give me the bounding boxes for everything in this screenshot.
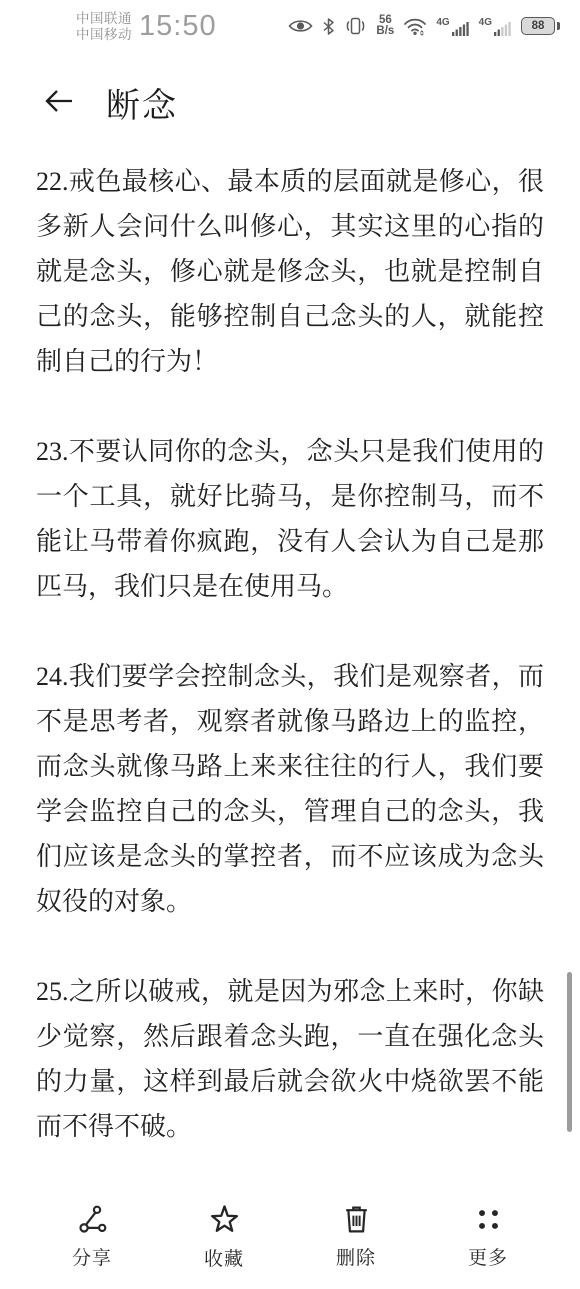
share-button[interactable]: 分享	[26, 1191, 158, 1283]
network-speed-unit: B/s	[376, 26, 394, 37]
bottom-toolbar: 分享 收藏 删除	[0, 1191, 580, 1289]
note-paragraph: 23.不要认同你的念头，念头只是我们使用的一个工具，就好比骑马，是你控制马，而不…	[36, 429, 544, 609]
sim2-signal: 4G	[479, 17, 512, 36]
favorite-button[interactable]: 收藏	[158, 1191, 290, 1283]
toolbar-label-favorite: 收藏	[204, 1244, 244, 1271]
vibrate-icon	[344, 17, 367, 35]
trash-icon	[341, 1204, 372, 1235]
toolbar-label-share: 分享	[72, 1243, 112, 1270]
back-button[interactable]	[42, 87, 76, 118]
bluetooth-icon	[322, 18, 335, 35]
sim1-network-label: 4G	[436, 17, 449, 28]
network-speed: 56 B/s	[376, 15, 394, 37]
battery-level: 88	[521, 17, 555, 35]
scrollbar-thumb[interactable]	[567, 972, 572, 1132]
back-arrow-icon	[42, 103, 76, 118]
status-bar-right: 56 B/s 4G	[288, 15, 560, 37]
carrier-names: 中国联通 中国移动	[76, 11, 132, 43]
more-dots-icon	[473, 1204, 504, 1235]
sim2-network-label: 4G	[479, 17, 492, 28]
note-paragraph: 24.我们要学会控制念头，我们是观察者，而不是思考者，观察者就像马路边上的监控，…	[36, 654, 544, 924]
toolbar-label-more: 更多	[468, 1243, 508, 1270]
wifi-icon	[403, 16, 427, 36]
share-icon	[77, 1204, 108, 1235]
signal-bars-full-icon	[452, 17, 470, 36]
battery-nub	[557, 22, 560, 30]
note-header: 断念	[0, 56, 580, 127]
signal-bars-partial-icon	[494, 17, 512, 36]
status-time: 15:50	[139, 10, 217, 43]
eye-comfort-icon	[288, 18, 313, 34]
status-bar-left: 中国联通 中国移动 15:50	[76, 10, 217, 43]
note-content: 22.戒色最核心、最本质的层面就是修心，很多新人会问什么叫修心，其实这里的心指的…	[0, 127, 580, 1149]
more-button[interactable]: 更多	[422, 1191, 554, 1283]
status-bar: 中国联通 中国移动 15:50	[0, 0, 580, 56]
toolbar-label-delete: 删除	[336, 1243, 376, 1270]
sim1-signal: 4G	[436, 17, 469, 36]
page-title: 断念	[106, 78, 178, 127]
battery-icon: 88	[521, 17, 560, 35]
carrier-name-top: 中国联通	[76, 11, 132, 27]
note-paragraph: 22.戒色最核心、最本质的层面就是修心，很多新人会问什么叫修心，其实这里的心指的…	[36, 159, 544, 384]
notes-app-screen: 中国联通 中国移动 15:50	[0, 0, 580, 1289]
star-icon	[208, 1203, 241, 1236]
note-paragraph: 25.之所以破戒，就是因为邪念上来时，你缺少觉察，然后跟着念头跑，一直在强化念头…	[36, 969, 544, 1149]
delete-button[interactable]: 删除	[290, 1191, 422, 1283]
carrier-name-bottom: 中国移动	[76, 27, 132, 43]
